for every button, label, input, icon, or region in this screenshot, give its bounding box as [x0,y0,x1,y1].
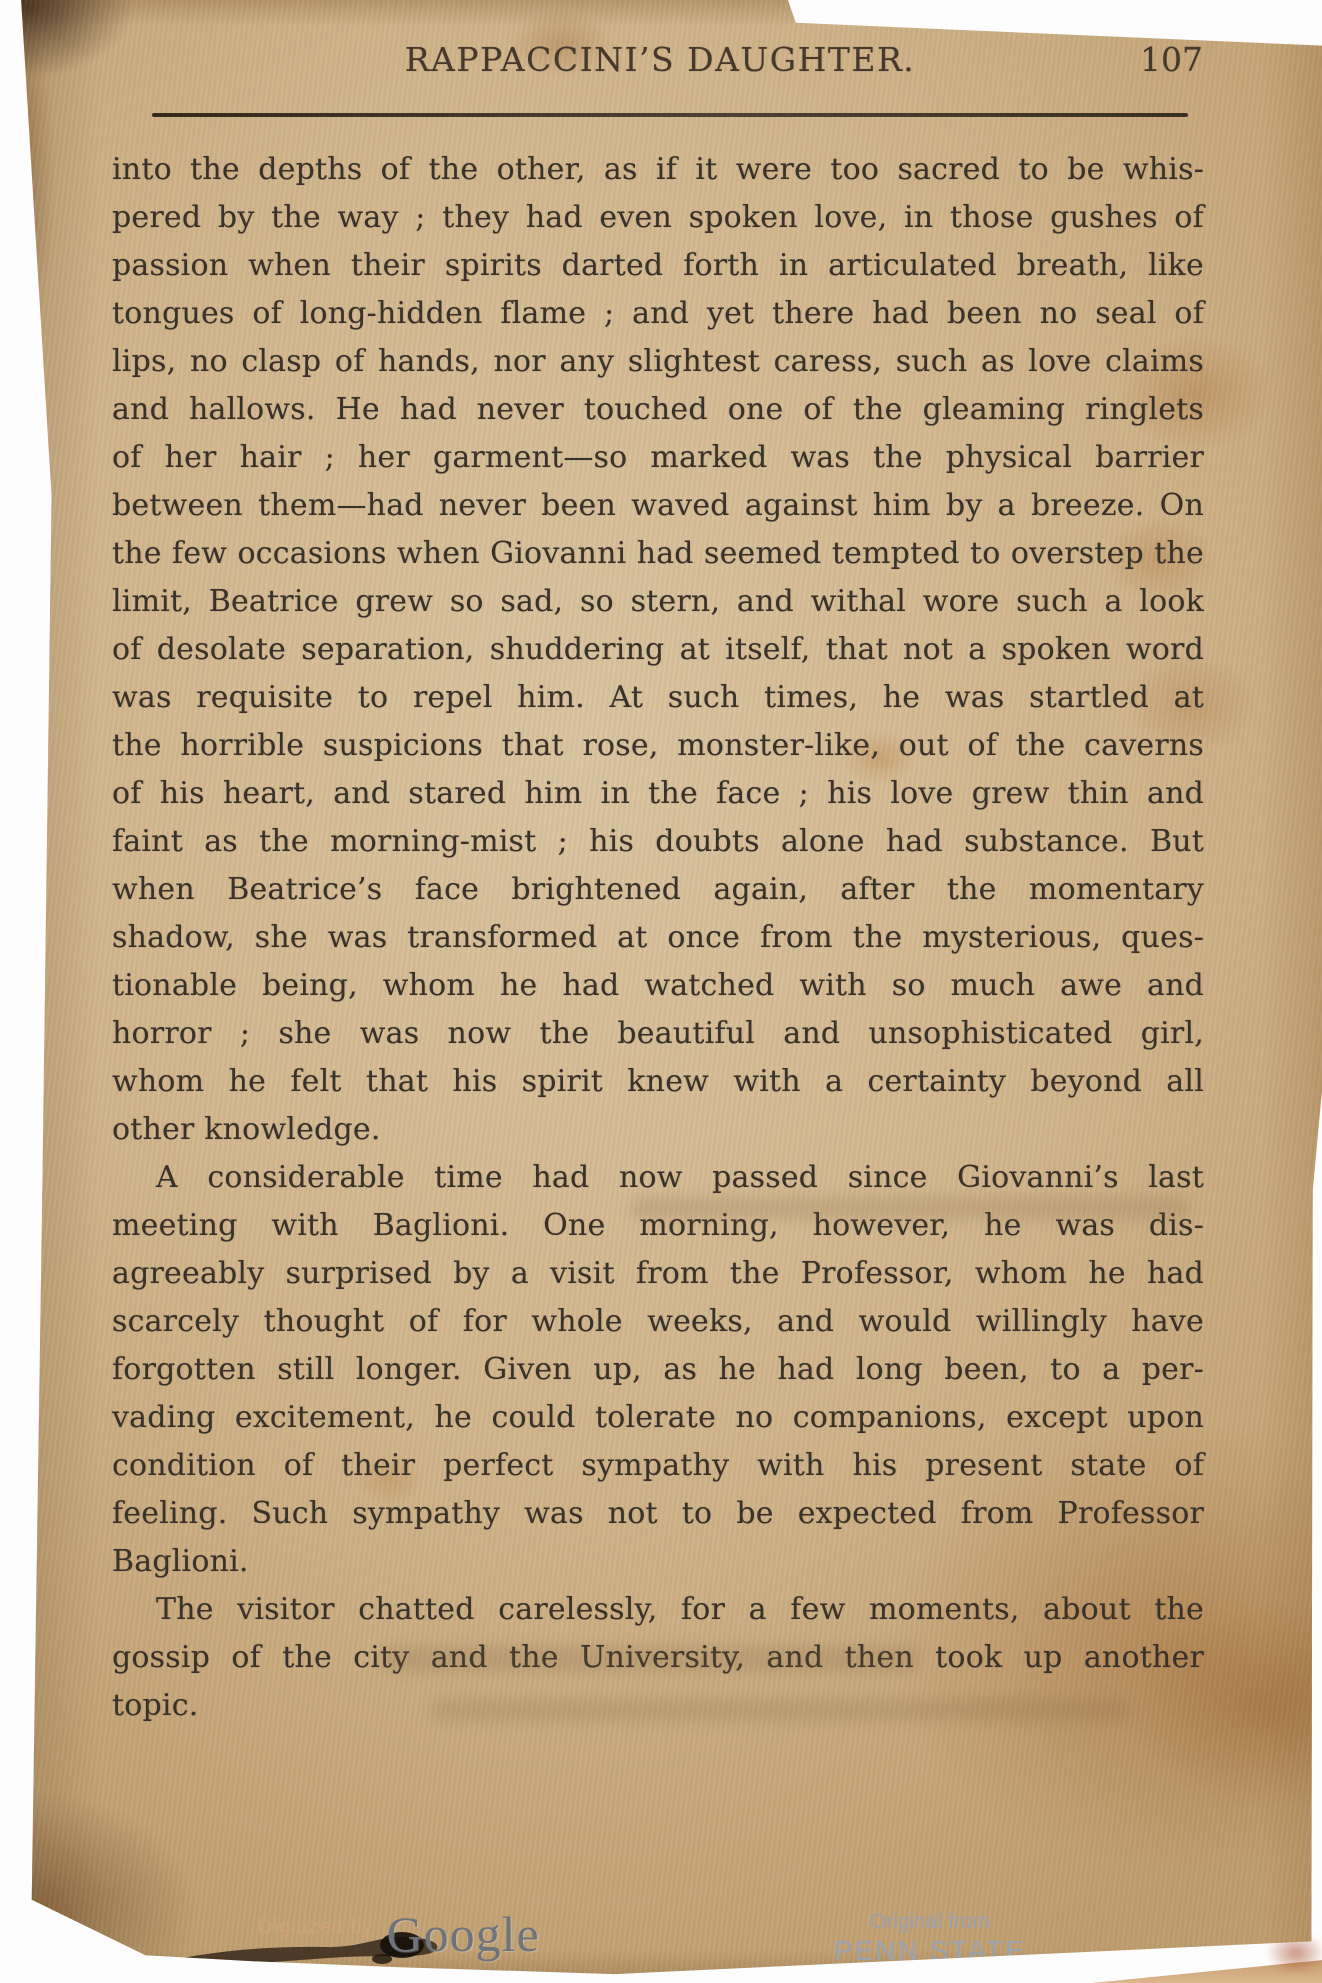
text-line: into the depths of the other, as if it w… [112,146,1204,194]
digitized-by-label: Digitized by [258,1916,373,1938]
text-line: faint as the morning-mist ; his doubts a… [112,818,1204,866]
text-line: tongues of long-hidden flame ; and yet t… [112,290,1204,338]
text-line: feeling. Such sympathy was not to be exp… [112,1490,1204,1538]
text-line: agreeably surprised by a visit from the … [112,1250,1204,1298]
text-line: limit, Beatrice grew so sad, so stern, a… [112,578,1204,626]
text-line: A considerable time had now passed since… [112,1154,1204,1202]
text-line: lips, no clasp of hands, nor any slighte… [112,338,1204,386]
text-line: the few occasions when Giovanni had seem… [112,530,1204,578]
digitized-by-watermark: Digitized by Google [258,1905,540,1963]
text-line: when Beatrice’s face brightened again, a… [112,866,1204,914]
text-line: horror ; she was now the beautiful and u… [112,1010,1204,1058]
original-from-label: Original from [780,1910,1080,1934]
text-line: tionable being, whom he had watched with… [112,962,1204,1010]
text-line: the horrible suspicions that rose, monst… [112,722,1204,770]
text-line: of his heart, and stared him in the face… [112,770,1204,818]
body-text: into the depths of the other, as if it w… [112,146,1204,1730]
text-line: scarcely thought of for whole weeks, and… [112,1298,1204,1346]
google-watermark: Google [386,1906,539,1962]
running-title: RAPPACCINI’S DAUGHTER. [120,40,1200,79]
text-line: of desolate separation, shuddering at it… [112,626,1204,674]
page-number: 107 [1140,40,1203,79]
institution-label: PENN STATE [780,1935,1080,1967]
text-line: whom he felt that his spirit knew with a… [112,1058,1204,1106]
ink-bleedthrough [430,1698,1130,1722]
text-line: The visitor chatted carelessly, for a fe… [112,1586,1204,1634]
scanned-book-page: RAPPACCINI’S DAUGHTER. 107 into the dept… [0,0,1322,1983]
text-line: of her hair ; her garment—so marked was … [112,434,1204,482]
text-line: other knowledge. [112,1106,1204,1154]
text-line: Baglioni. [112,1538,1204,1586]
text-line: and hallows. He had never touched one of… [112,386,1204,434]
text-line: shadow, she was transformed at once from… [112,914,1204,962]
text-line: between them—had never been waved agains… [112,482,1204,530]
original-from-watermark: Original from PENN STATE [780,1910,1080,1967]
header-rule [152,113,1188,117]
text-line: condition of their perfect sympathy with… [112,1442,1204,1490]
text-line: forgotten still longer. Given up, as he … [112,1346,1204,1394]
book-page: RAPPACCINI’S DAUGHTER. 107 into the dept… [0,0,1322,1983]
text-line: passion when their spirits darted forth … [112,242,1204,290]
text-line: was requisite to repel him. At such time… [112,674,1204,722]
text-line: vading excitement, he could tolerate no … [112,1394,1204,1442]
ink-bleedthrough [630,1196,1190,1220]
text-line: pered by the way ; they had even spoken … [112,194,1204,242]
ink-bleedthrough [380,1646,920,1672]
